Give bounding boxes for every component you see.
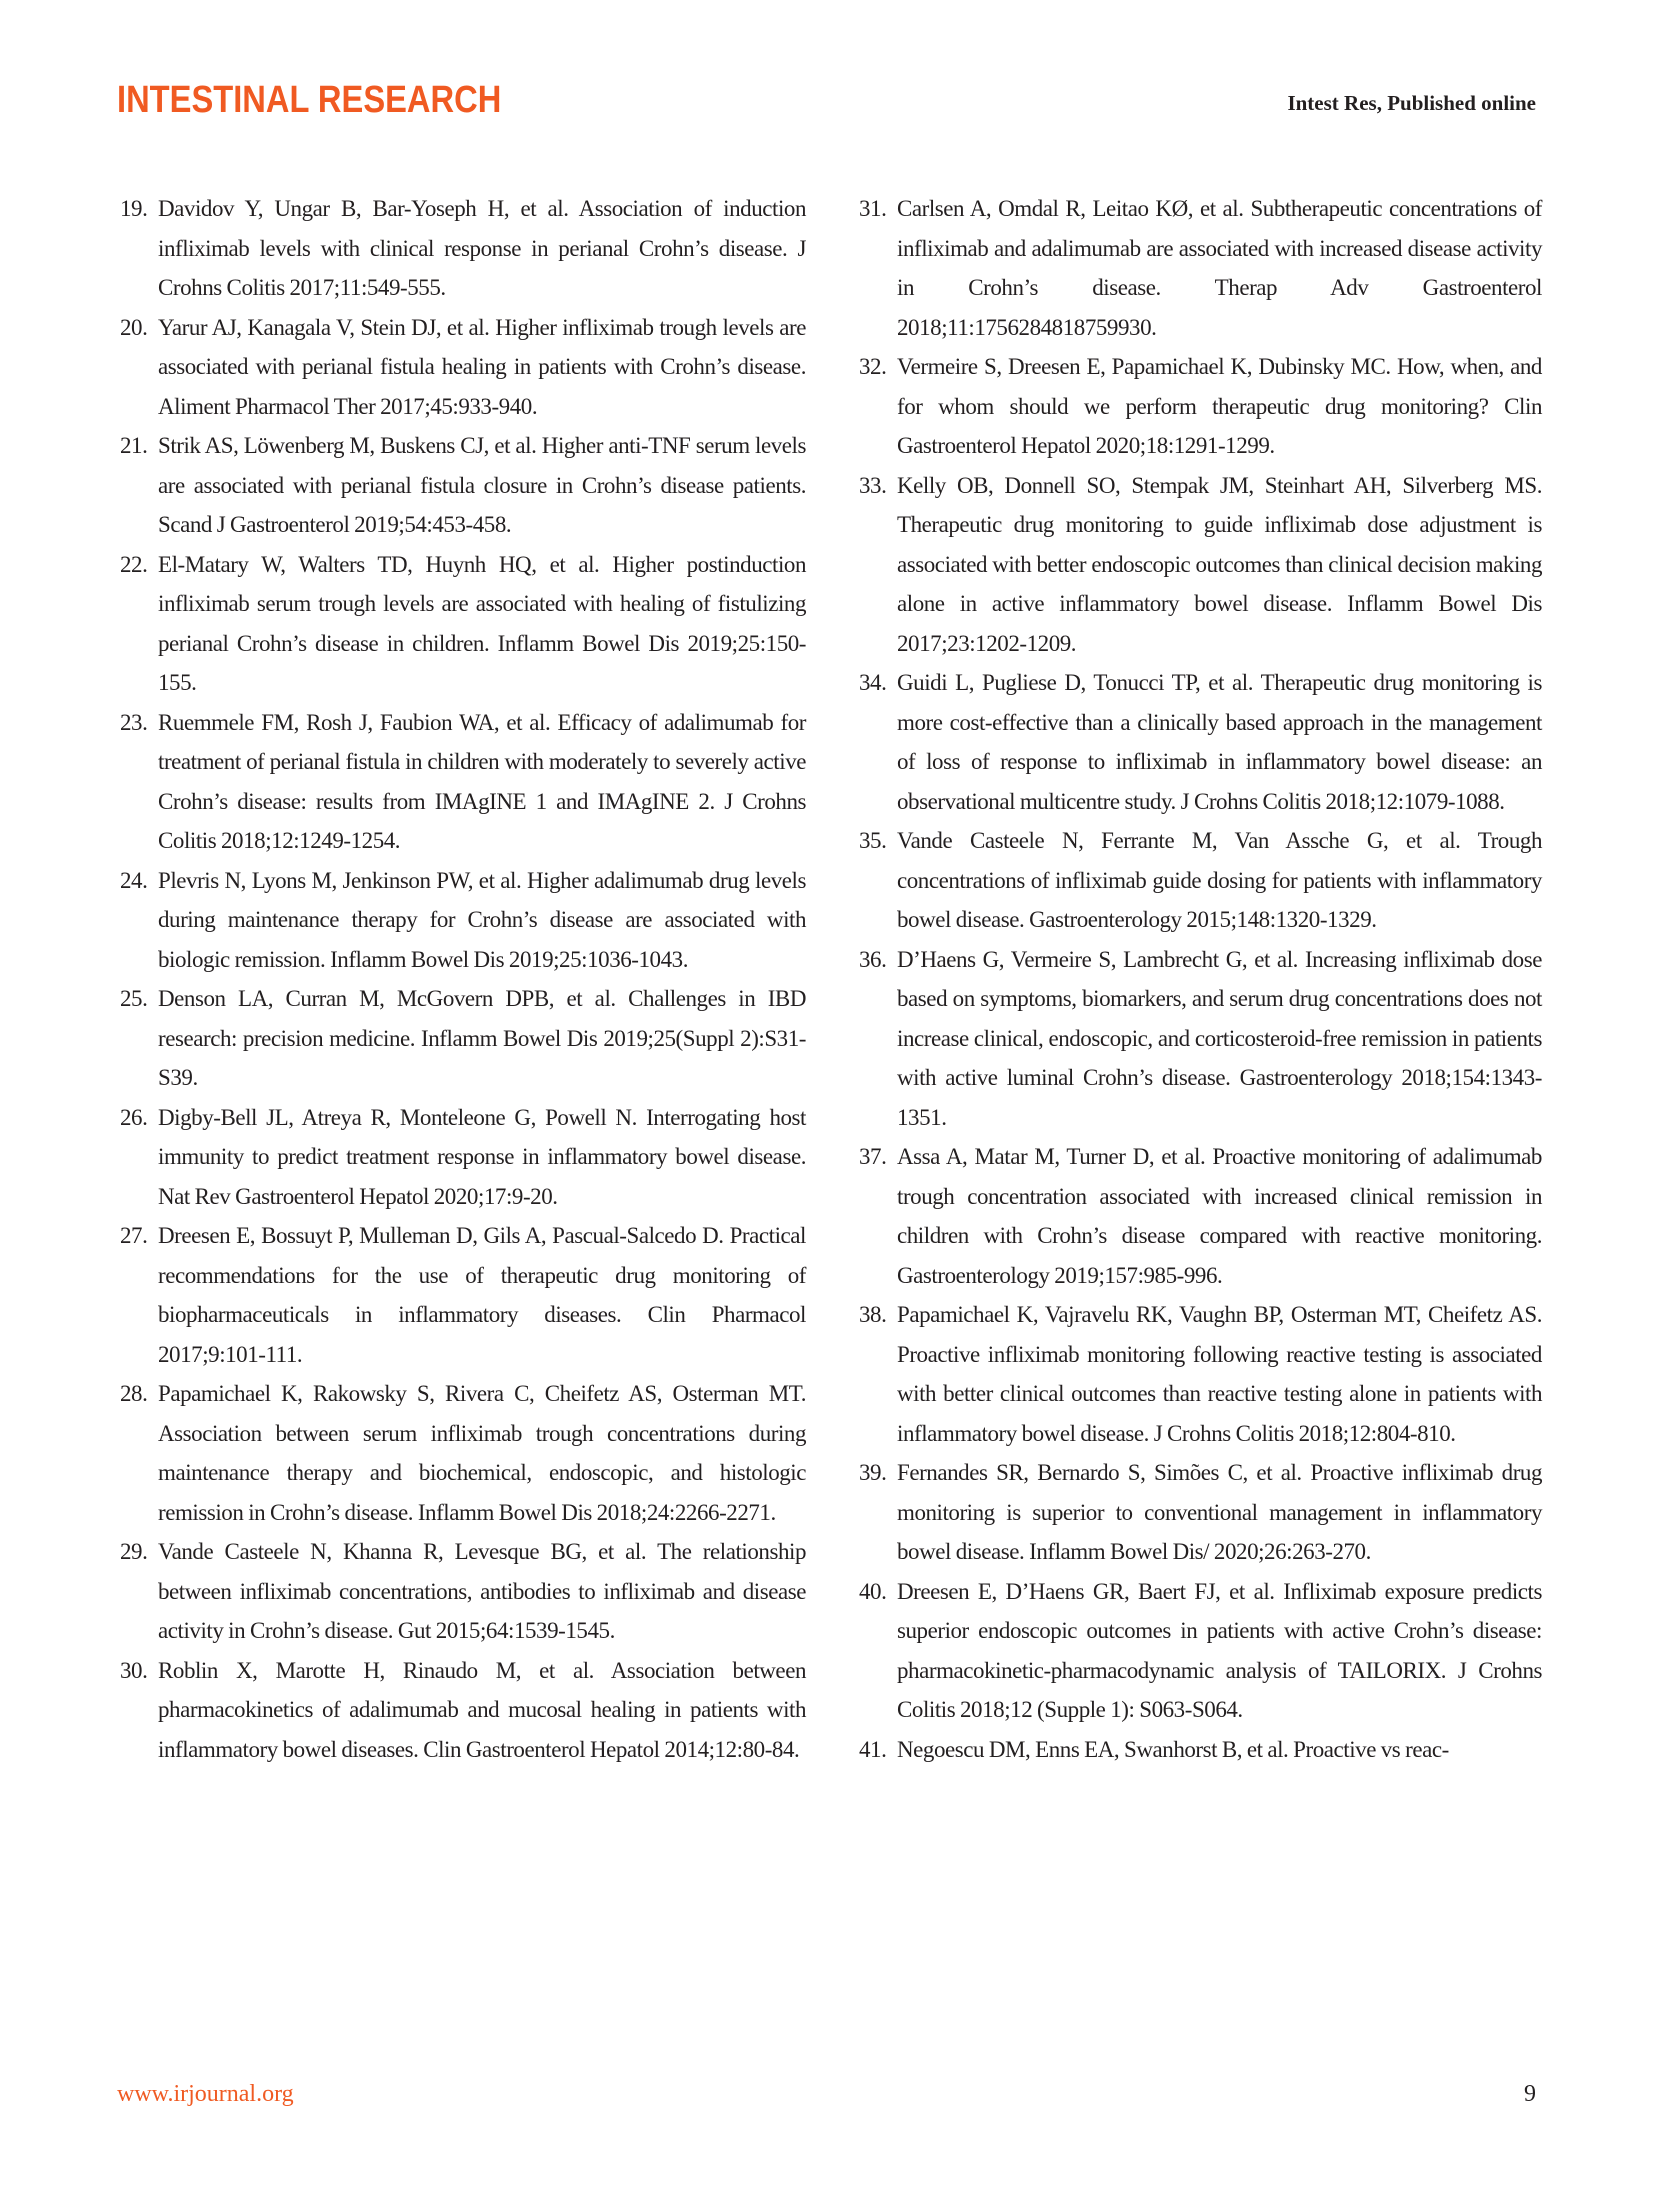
reference-number: 41. xyxy=(859,1730,886,1770)
reference-item: 39.Fernandes SR, Bernardo S, Simões C, e… xyxy=(859,1453,1542,1572)
reference-text: Dreesen E, D’Haens GR, Baert FJ, et al. … xyxy=(897,1572,1542,1730)
reference-item: 25.Denson LA, Curran M, McGovern DPB, et… xyxy=(120,979,806,1098)
reference-item: 38.Papamichael K, Vajravelu RK, Vaughn B… xyxy=(859,1295,1542,1453)
reference-number: 33. xyxy=(859,466,886,506)
reference-number: 24. xyxy=(120,861,147,901)
citation-info: Intest Res, Published online xyxy=(1287,90,1536,116)
reference-item: 23.Ruemmele FM, Rosh J, Faubion WA, et a… xyxy=(120,703,806,861)
reference-number: 28. xyxy=(120,1374,147,1414)
reference-number: 34. xyxy=(859,663,886,703)
reference-item: 41.Negoescu DM, Enns EA, Swanhorst B, et… xyxy=(859,1730,1542,1770)
references-left-column: 19.Davidov Y, Ungar B, Bar-Yoseph H, et … xyxy=(120,189,806,1769)
reference-item: 37.Assa A, Matar M, Turner D, et al. Pro… xyxy=(859,1137,1542,1295)
reference-text: Denson LA, Curran M, McGovern DPB, et al… xyxy=(158,979,806,1098)
reference-text: Kelly OB, Donnell SO, Stempak JM, Steinh… xyxy=(897,466,1542,664)
reference-number: 37. xyxy=(859,1137,886,1177)
reference-number: 31. xyxy=(859,189,886,229)
reference-number: 35. xyxy=(859,821,886,861)
reference-text: Fernandes SR, Bernardo S, Simões C, et a… xyxy=(897,1453,1542,1572)
reference-text: Vande Casteele N, Khanna R, Levesque BG,… xyxy=(158,1532,806,1651)
reference-text: Papamichael K, Rakowsky S, Rivera C, Che… xyxy=(158,1374,806,1532)
reference-text: Davidov Y, Ungar B, Bar-Yoseph H, et al.… xyxy=(158,189,806,308)
reference-text: Strik AS, Löwenberg M, Buskens CJ, et al… xyxy=(158,426,806,545)
reference-number: 30. xyxy=(120,1651,147,1691)
journal-website-link[interactable]: www.irjournal.org xyxy=(117,2080,294,2108)
reference-item: 36.D’Haens G, Vermeire S, Lambrecht G, e… xyxy=(859,940,1542,1138)
reference-number: 27. xyxy=(120,1216,147,1256)
reference-number: 25. xyxy=(120,979,147,1019)
reference-number: 40. xyxy=(859,1572,886,1612)
reference-number: 36. xyxy=(859,940,886,980)
reference-item: 21.Strik AS, Löwenberg M, Buskens CJ, et… xyxy=(120,426,806,545)
reference-text: Plevris N, Lyons M, Jenkinson PW, et al.… xyxy=(158,861,806,980)
reference-number: 20. xyxy=(120,308,147,348)
reference-text: Assa A, Matar M, Turner D, et al. Proact… xyxy=(897,1137,1542,1295)
reference-text: Carlsen A, Omdal R, Leitao KØ, et al. Su… xyxy=(897,189,1542,347)
reference-text: Guidi L, Pugliese D, Tonucci TP, et al. … xyxy=(897,663,1542,821)
reference-text: Vermeire S, Dreesen E, Papamichael K, Du… xyxy=(897,347,1542,466)
reference-item: 27.Dreesen E, Bossuyt P, Mulleman D, Gil… xyxy=(120,1216,806,1374)
reference-text: Dreesen E, Bossuyt P, Mulleman D, Gils A… xyxy=(158,1216,806,1374)
reference-item: 19.Davidov Y, Ungar B, Bar-Yoseph H, et … xyxy=(120,189,806,308)
reference-number: 19. xyxy=(120,189,147,229)
reference-text: Roblin X, Marotte H, Rinaudo M, et al. A… xyxy=(158,1651,806,1770)
reference-item: 32.Vermeire S, Dreesen E, Papamichael K,… xyxy=(859,347,1542,466)
reference-text: Vande Casteele N, Ferrante M, Van Assche… xyxy=(897,821,1542,940)
reference-number: 23. xyxy=(120,703,147,743)
reference-item: 40.Dreesen E, D’Haens GR, Baert FJ, et a… xyxy=(859,1572,1542,1730)
reference-text: El-Matary W, Walters TD, Huynh HQ, et al… xyxy=(158,545,806,703)
reference-item: 26.Digby-Bell JL, Atreya R, Monteleone G… xyxy=(120,1098,806,1217)
reference-number: 29. xyxy=(120,1532,147,1572)
reference-item: 22.El-Matary W, Walters TD, Huynh HQ, et… xyxy=(120,545,806,703)
reference-text: Digby-Bell JL, Atreya R, Monteleone G, P… xyxy=(158,1098,806,1217)
reference-item: 31.Carlsen A, Omdal R, Leitao KØ, et al.… xyxy=(859,189,1542,347)
reference-item: 20.Yarur AJ, Kanagala V, Stein DJ, et al… xyxy=(120,308,806,427)
references-right-column: 31.Carlsen A, Omdal R, Leitao KØ, et al.… xyxy=(859,189,1542,1769)
reference-item: 24.Plevris N, Lyons M, Jenkinson PW, et … xyxy=(120,861,806,980)
reference-item: 30.Roblin X, Marotte H, Rinaudo M, et al… xyxy=(120,1651,806,1770)
reference-text: Papamichael K, Vajravelu RK, Vaughn BP, … xyxy=(897,1295,1542,1453)
reference-text: Negoescu DM, Enns EA, Swanhorst B, et al… xyxy=(897,1730,1542,1770)
reference-item: 34.Guidi L, Pugliese D, Tonucci TP, et a… xyxy=(859,663,1542,821)
reference-number: 21. xyxy=(120,426,147,466)
reference-number: 26. xyxy=(120,1098,147,1138)
reference-item: 33.Kelly OB, Donnell SO, Stempak JM, Ste… xyxy=(859,466,1542,664)
reference-number: 39. xyxy=(859,1453,886,1493)
reference-text: Yarur AJ, Kanagala V, Stein DJ, et al. H… xyxy=(158,308,806,427)
journal-title: INTESTINAL RESEARCH xyxy=(117,80,501,120)
reference-item: 35.Vande Casteele N, Ferrante M, Van Ass… xyxy=(859,821,1542,940)
reference-item: 29.Vande Casteele N, Khanna R, Levesque … xyxy=(120,1532,806,1651)
reference-text: Ruemmele FM, Rosh J, Faubion WA, et al. … xyxy=(158,703,806,861)
reference-number: 38. xyxy=(859,1295,886,1335)
reference-item: 28.Papamichael K, Rakowsky S, Rivera C, … xyxy=(120,1374,806,1532)
reference-number: 32. xyxy=(859,347,886,387)
reference-text: D’Haens G, Vermeire S, Lambrecht G, et a… xyxy=(897,940,1542,1138)
reference-number: 22. xyxy=(120,545,147,585)
page-number: 9 xyxy=(1524,2080,1536,2108)
